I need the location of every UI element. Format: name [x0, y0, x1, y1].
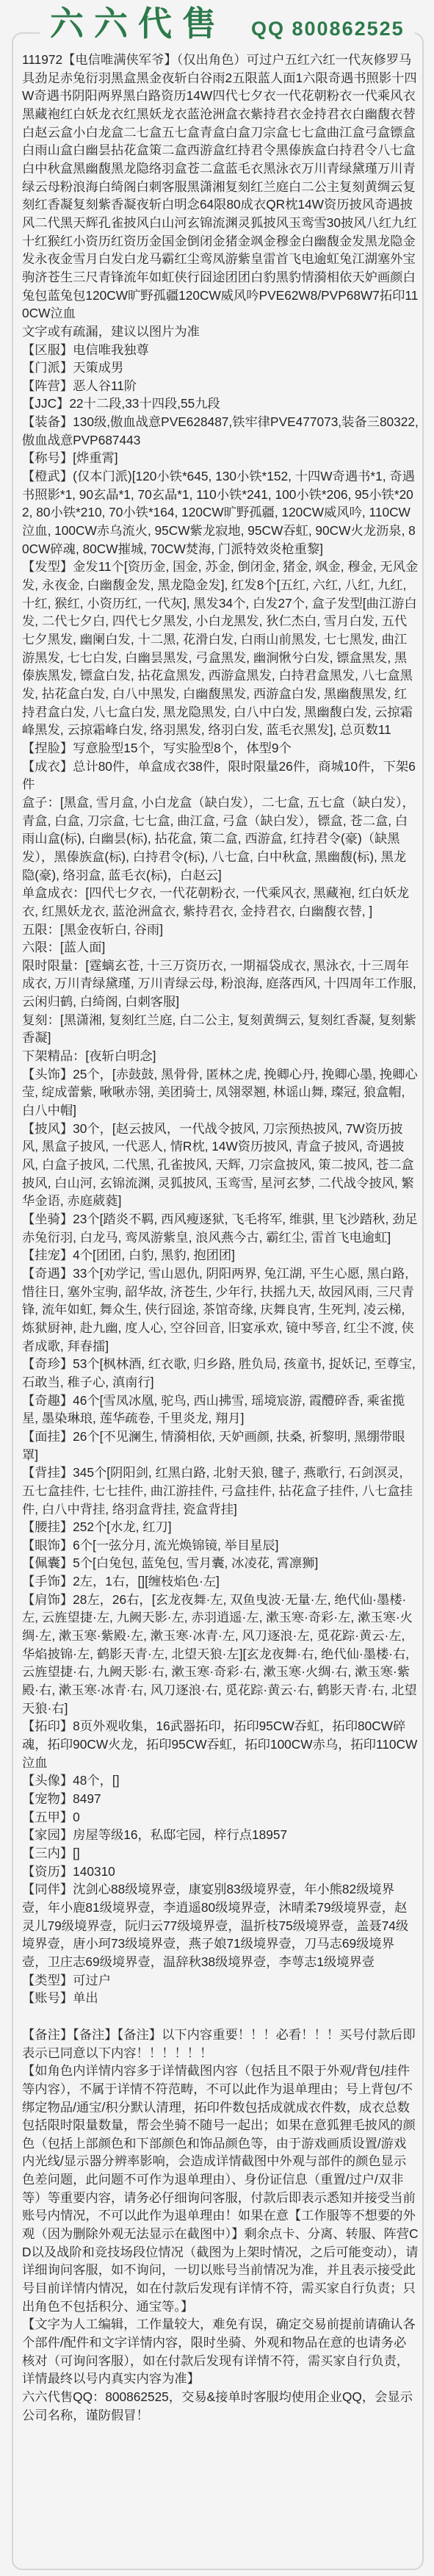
detail-line: 限时限量：[霆螭玄苍, 十三万资历衣, 一期福袋成衣, 黑泳衣, 十三周年成衣,… [22, 957, 419, 1011]
listing-content: 111972【电信唯满侠军爷】（仅出角色）可过户五红六红一代灰修罗马具劲足赤兔衍… [22, 51, 419, 2424]
remark-line: 【文字为人工编辑，工作量较大，难免有误，确定交易前提前请确认各个部件/配件和文字… [22, 2315, 419, 2388]
detail-line: 【挂宠】4个[团团, 白豹, 黑豹, 抱团团] [22, 1246, 419, 1264]
detail-line: 【捏脸】写意脸型15个，写实脸型8个，体型9个 [22, 739, 419, 758]
detail-line: 【手饰】2左，1右，[][缠枝焰色·左] [22, 1572, 419, 1591]
remark-line: 【备注】【备注】【备注】以下内容重要！！！必看！！！买号付款后即表示已同意以下内… [22, 2026, 419, 2062]
detail-line: 【三内】[] [22, 1844, 419, 1863]
detail-line: 【坐骑】23个[踏炎不羁, 西风瘦逐狱, 飞毛将军, 维骐, 里飞沙踏秋, 劲足… [22, 1210, 419, 1246]
detail-line: 盒子：[黑盒, 雪月盒, 小白龙盒（缺白发），二七盒, 五七盒（缺白发），青盒,… [22, 794, 419, 884]
detail-line: 【橙武】(仅本门派)[120小铁*645, 130小铁*152, 十四W奇遇书*… [22, 467, 419, 558]
remark-line: 【如角色内详情内容多于详情截图内容（包括且不限于外观/背包/挂件等内容），不属于… [22, 2062, 419, 2315]
detail-line: 【宠物】8497 [22, 1790, 419, 1808]
detail-line: 【披风】30个，[赵云披风，一代战令披风, 刀宗预热披风, 7W资历披风, 黑盒… [22, 1120, 419, 1210]
remark-line: 六六代售QQ：800862525，交易&接单时客服均使用企业QQ，会显示公司名称… [22, 2388, 419, 2424]
header: 六六代售 QQ 800862525 [40, 1, 415, 47]
detail-line: 【发型】金发11个[资历金, 国金, 苏金, 倒闭金, 猪金, 飒金, 穆金, … [22, 558, 419, 739]
detail-line: 【装备】130级,傲血战意PVE628487,铁牢律PVE477073,装备三8… [22, 413, 419, 449]
detail-line: 【账号】单出 [22, 1989, 419, 2007]
image-disclaimer: 文字或有疏漏，建议以图片为准 [22, 323, 419, 341]
detail-line: 【佩囊】5个[白兔包, 蓝兔包, 雪月囊, 冰凌花, 霄凛狮] [22, 1554, 419, 1572]
detail-line: 【资历】140310 [22, 1863, 419, 1881]
detail-line: 【JJC】22十二段,33十四段,55九段 [22, 395, 419, 413]
detail-line: 【五甲】0 [22, 1808, 419, 1827]
detail-line: 【奇趣】46个[雪凤冰凰, 驼鸟, 西山拂雪, 瑶境宸游, 霞醴碎香, 乘雀揽星… [22, 1392, 419, 1428]
detail-line: 【成衣】总计80件，单盒成衣38件，限时限量26件，商城10件，下架6件 [22, 758, 419, 794]
detail-line: 【拓印】8页外观收集，16武器拓印，拓印95CW吞虹，拓印80CW碎魂，拓印90… [22, 1717, 419, 1771]
detail-sections: 【区服】电信唯我独尊【门派】天策成男【阵营】恶人谷11阶【JJC】22十二段,3… [22, 341, 419, 2007]
detail-line: 【阵营】恶人谷11阶 [22, 377, 419, 395]
detail-line: 【类型】可过户 [22, 1971, 419, 1990]
detail-line: 下架精品：[夜斩白明念] [22, 1047, 419, 1065]
detail-line: 【眼饰】6个[一弦分月, 流光焕锦镜, 举目星辰] [22, 1536, 419, 1555]
brand-title: 六六代售 [50, 1, 226, 47]
detail-line: 六限：[蓝人面] [22, 938, 419, 957]
contact-qq: QQ 800862525 [251, 18, 405, 40]
detail-line: 【腰挂】252个[水龙, 红刀] [22, 1518, 419, 1536]
detail-line: 【肩饰】28左，26右，[玄龙夜舞·左, 双鱼曳波·无量·左, 绝代仙·墨楼·左… [22, 1591, 419, 1718]
detail-line: 【同伴】沈剑心88级境界壹，康宴别83级境界壹，年小熊82级境界壹，年小鹿81级… [22, 1880, 419, 1971]
detail-line: 【区服】电信唯我独尊 [22, 341, 419, 359]
detail-line: 【头像】48个，[] [22, 1771, 419, 1790]
detail-line: 【称号】[烨重霄] [22, 449, 419, 467]
detail-line: 【奇珍】53个[枫林酒, 红衣歌, 归乡路, 胜负局, 孩童书, 捉妖记, 至尊… [22, 1355, 419, 1391]
detail-line: 单盒成衣：[四代七夕衣, 一代花朝粉衣, 一代乘风衣, 黑藏袍, 红白妖龙衣, … [22, 884, 419, 920]
detail-line: 【奇遇】33个[劝学记, 雪山恩仇, 阴阳两界, 兔江湖, 平生心愿, 黑白路,… [22, 1264, 419, 1355]
detail-line: 【门派】天策成男 [22, 359, 419, 377]
remark-sections: 【备注】【备注】【备注】以下内容重要！！！必看！！！买号付款后即表示已同意以下内… [22, 2026, 419, 2424]
intro-paragraph: 111972【电信唯满侠军爷】（仅出角色）可过户五红六红一代灰修罗马具劲足赤兔衍… [22, 51, 419, 323]
detail-line: 【家园】房屋等级16，私邸宅园，梓行点18957 [22, 1826, 419, 1844]
detail-line: 复刻：[黑潇湘, 复刻红兰庭, 白二公主, 复刻黄绸云, 复刻红香凝, 复刻紫香… [22, 1011, 419, 1047]
detail-line: 【背挂】345个[阴阳剑, 红黑白路, 北射天狼, 毽子, 燕歌行, 石剑溟灵,… [22, 1464, 419, 1518]
detail-line: 五限：[黑金夜斩白, 谷雨] [22, 921, 419, 939]
detail-line: 【头饰】25个，[赤鼓鼓, 黑骨骨, 匿林之虎, 挽卿心丹, 挽卿心墨, 挽卿心… [22, 1065, 419, 1120]
detail-line: 【面挂】26个[不见澜生, 情漪相依, 天妒画颜, 扶桑, 祈黎明, 黑绷带眼罩… [22, 1428, 419, 1464]
